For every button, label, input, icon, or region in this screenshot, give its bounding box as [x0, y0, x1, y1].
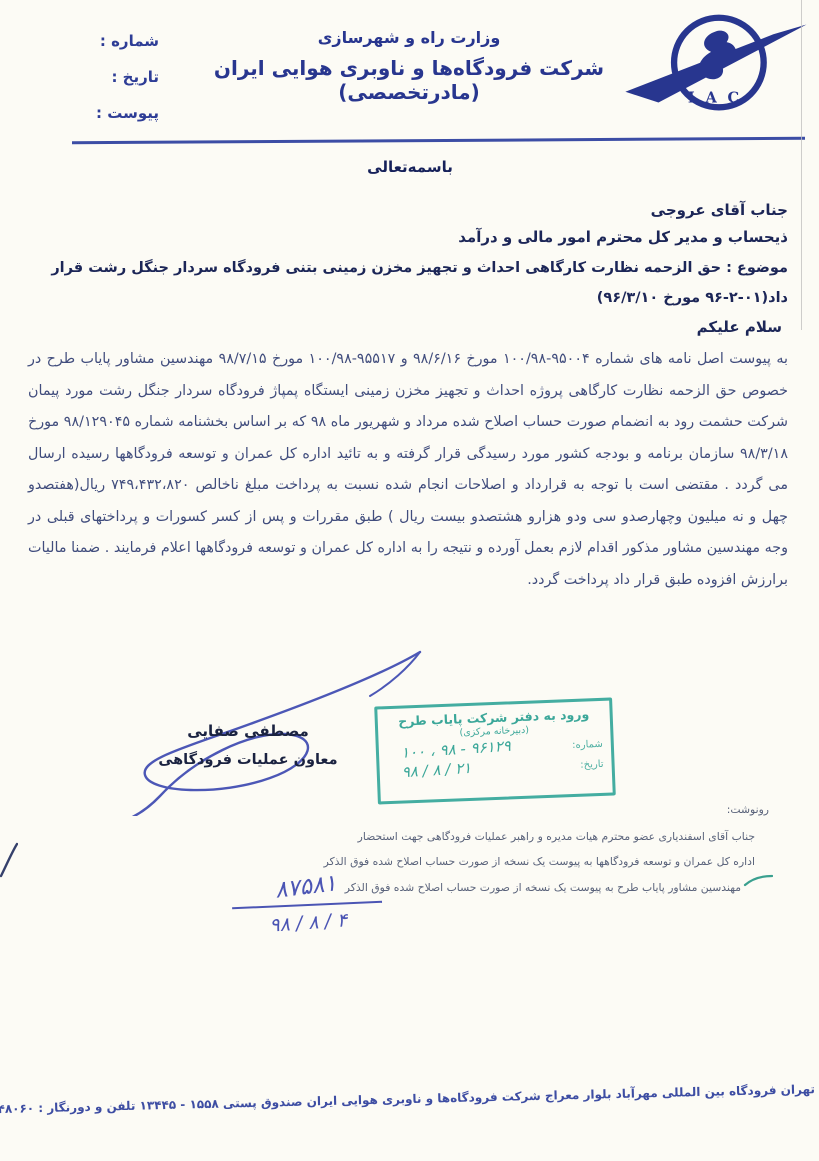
cc-item: مهندسین مشاور پایاب طرح به پیوست یک نسخه… — [49, 875, 769, 901]
header-divider — [72, 137, 805, 144]
stamp-date-label: تاریخ: — [580, 758, 604, 770]
attachment-field-label: پیوست : — [96, 104, 159, 126]
iac-logo-letters: IAC — [688, 89, 750, 106]
salutation: سلام علیکم — [28, 318, 788, 336]
iac-logo-graphic: IAC — [621, 8, 807, 120]
letter-content: جناب آقای عروجی ذیحساب و مدیر کل محترم ا… — [28, 201, 788, 596]
stamp-date-value: ۲۱ / ۸ / ۹۸ — [387, 759, 471, 782]
letterhead-titles: وزارت راه و شهرسازی شرکت فرودگاه‌ها و نا… — [191, 28, 627, 104]
cc-label: رونوشت: — [49, 797, 769, 823]
pen-mark-artifact — [0, 842, 18, 878]
invocation: باسمه‌تعالی — [350, 158, 470, 176]
cc-item: اداره کل عمران و توسعه فرودگاهها به پیوس… — [49, 849, 769, 875]
footer-address: تهران فرودگاه بین المللی مهرآباد بلوار م… — [0, 1082, 815, 1119]
company-name: شرکت فرودگاه‌ها و ناوبری هوایی ایران (ما… — [191, 56, 627, 104]
subject-line: موضوع : حق الزحمه نظارت کارگاهی احداث و … — [28, 253, 788, 313]
handwritten-date: ۴ / ۸ / ۹۸ — [223, 906, 394, 940]
date-field-label: تاریخ : — [96, 68, 159, 90]
recipient-name: جناب آقای عروجی — [28, 201, 788, 219]
entry-stamp: ورود به دفتر شرکت پایاب طرح (دبیرخانه مر… — [374, 697, 616, 804]
cc-item: جناب آقای اسفندیاری عضو محترم هیات مدیره… — [49, 824, 769, 850]
body-paragraph: به پیوست اصل نامه های شماره ۹۵۰۰۴-۱۰۰/۹۸… — [28, 344, 788, 596]
number-field-label: شماره : — [96, 32, 159, 54]
checkmark-icon — [743, 873, 773, 887]
stamp-number-label: شماره: — [572, 738, 603, 750]
cc-section: رونوشت: جناب آقای اسفندیاری عضو محترم هی… — [49, 797, 769, 900]
iac-logo: IAC — [621, 8, 807, 120]
scan-edge-artifact — [801, 0, 802, 330]
scanned-letter-page: IAC وزارت راه و شهرسازی شرکت فرودگاه‌ها … — [0, 0, 819, 1161]
ministry-name: وزارت راه و شهرسازی — [191, 28, 627, 47]
signatory-title: معاون عملیات فرودگاهی — [148, 752, 348, 768]
recipient-title: ذیحساب و مدیر کل محترم امور مالی و درآمد — [28, 228, 788, 246]
signatory-name: مصطفی صفایی — [148, 722, 348, 740]
reference-fields: شماره : تاریخ : پیوست : — [96, 32, 159, 140]
handwritten-note: ۸۷۵۸۱ ۴ / ۸ / ۹۸ — [220, 868, 394, 940]
footer: تهران فرودگاه بین المللی مهرآباد بلوار م… — [8, 1078, 815, 1118]
signatory-block: مصطفی صفایی معاون عملیات فرودگاهی — [148, 722, 348, 768]
